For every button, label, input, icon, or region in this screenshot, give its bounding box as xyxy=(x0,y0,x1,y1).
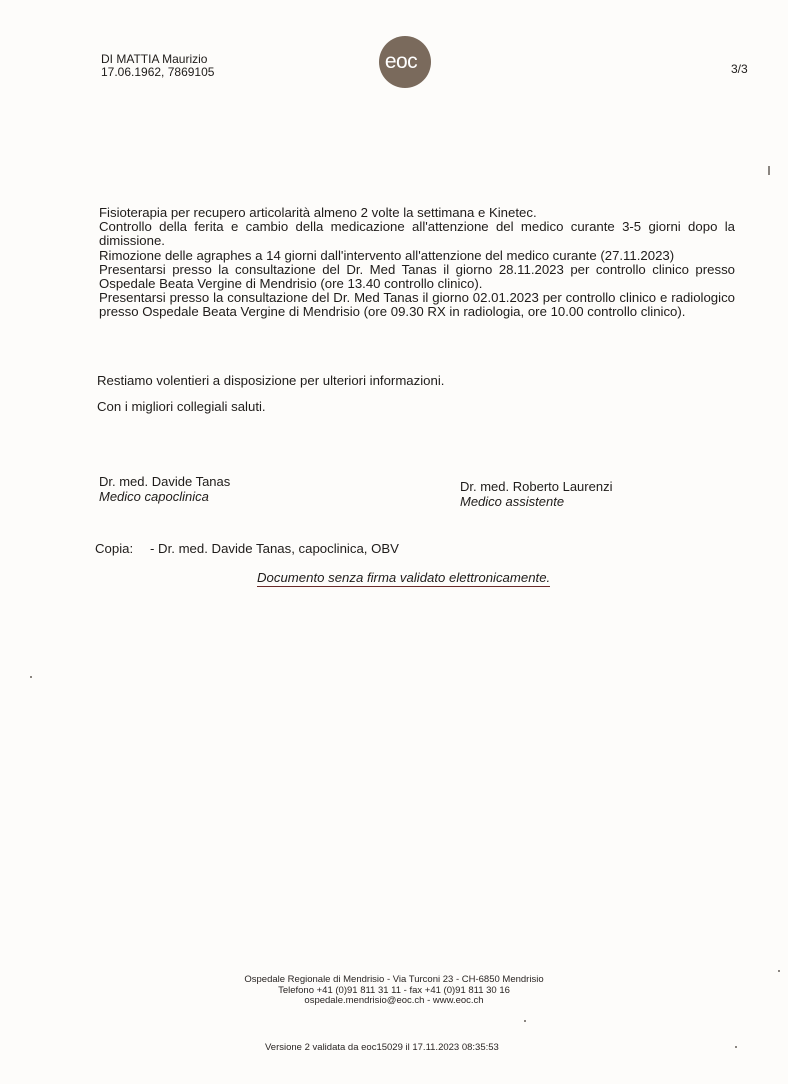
paragraph-physiotherapy: Fisioterapia per recupero articolarità a… xyxy=(99,206,735,220)
scan-speck xyxy=(30,676,32,678)
footer-address: Ospedale Regionale di Mendrisio - Via Tu… xyxy=(200,975,588,986)
version-stamp: Versione 2 validata da eoc15029 il 17.11… xyxy=(265,1042,499,1053)
signer-role: Medico assistente xyxy=(460,494,612,509)
closing-line-2: Con i migliori collegiali saluti. xyxy=(97,399,266,414)
scan-speck xyxy=(778,970,780,972)
signer-role: Medico capoclinica xyxy=(99,489,230,504)
copy-label: Copia: xyxy=(95,541,150,556)
footer-contact: ospedale.mendrisio@eoc.ch - www.eoc.ch xyxy=(200,996,588,1007)
paragraph-wound-check: Controllo della ferita e cambio della me… xyxy=(99,220,735,248)
scan-speck xyxy=(735,1046,737,1048)
signature-left: Dr. med. Davide Tanas Medico capoclinica xyxy=(99,474,230,504)
scan-speck xyxy=(768,166,770,175)
paragraph-appointment-2: Presentarsi presso la consultazione del … xyxy=(99,291,735,319)
logo-text: eoc xyxy=(385,50,417,73)
signature-right: Dr. med. Roberto Laurenzi Medico assiste… xyxy=(460,479,612,509)
paragraph-staple-removal: Rimozione delle agraphes a 14 giorni dal… xyxy=(99,249,735,263)
signer-name: Dr. med. Davide Tanas xyxy=(99,474,230,489)
signer-name: Dr. med. Roberto Laurenzi xyxy=(460,479,612,494)
patient-header: DI MATTIA Maurizio 17.06.1962, 7869105 xyxy=(101,53,214,79)
paragraph-appointment-1: Presentarsi presso la consultazione del … xyxy=(99,263,735,291)
validation-note: Documento senza firma validato elettroni… xyxy=(257,570,550,587)
page-number: 3/3 xyxy=(731,62,748,76)
closing-line-1: Restiamo volentieri a disposizione per u… xyxy=(97,373,444,388)
scan-speck xyxy=(524,1020,526,1022)
copy-recipients: Copia:- Dr. med. Davide Tanas, capoclini… xyxy=(95,541,399,556)
copy-recipient: - Dr. med. Davide Tanas, capoclinica, OB… xyxy=(150,541,399,556)
patient-info: 17.06.1962, 7869105 xyxy=(101,66,214,79)
eoc-logo: eoc xyxy=(379,36,431,88)
hospital-footer: Ospedale Regionale di Mendrisio - Via Tu… xyxy=(200,975,588,1007)
instructions-body: Fisioterapia per recupero articolarità a… xyxy=(99,206,735,320)
